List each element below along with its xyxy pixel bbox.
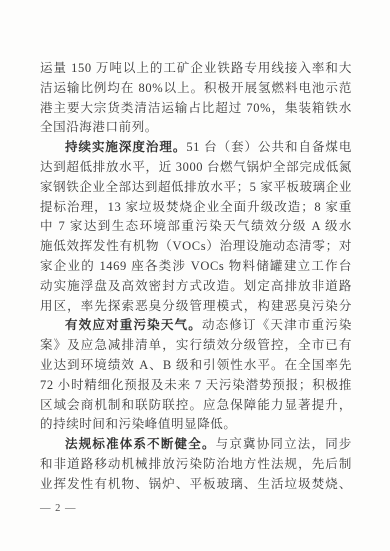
text-line: 用区，率先探索恶臭分级管理模式，构建恶臭污染分级评价体系。 [40, 297, 352, 317]
text-line: 施低效挥发性有机物（VOCs）治理设施动态清零；对全市 116 [40, 237, 352, 257]
text-line: 法规标准体系不断健全。与京冀协同立法，同步出台机动车 [40, 435, 352, 455]
text-line: 的持续时间和污染峰值明显降低。 [40, 415, 352, 435]
text-line: 有效应对重污染天气。动态修订《天津市重污染天气应急预 [40, 316, 352, 336]
lead-phrase: 持续实施深度治理。 [65, 140, 186, 154]
text-line: 持续实施深度治理。51 台（套）公共和自备煤电机组全部 [40, 138, 352, 158]
document-page: 运量 150 万吨以上的工矿企业铁路专用线接入率和大宗货物清 洁运输比例均在 8… [0, 0, 390, 551]
text-line: 区域会商机制和联防联控。应急保障能力显著提升，重污染天气 [40, 396, 352, 416]
text-paragraph: 法规标准体系不断健全。与京冀协同立法，同步出台机动车 和非道路移动机械排放污染防… [40, 435, 352, 494]
text-line: 业达到环境绩效 A、B 级和引领性水平。在全国率先实现未来 [40, 356, 352, 376]
document-body: 运量 150 万吨以上的工矿企业铁路专用线接入率和大宗货物清 洁运输比例均在 8… [40, 59, 352, 495]
text-line: 案》及应急减排清单，实行绩效分级管控，全市已有 300 余家企 [40, 336, 352, 356]
text-line: 动实施浮盘及高效密封方式改造。划定高排放非道路移动机械禁 [40, 277, 352, 297]
text-line: 家企业的 1469 座各类涉 VOCs 物料储罐建立工作台账，持续推 [40, 257, 352, 277]
text-line: 72 小时精细化预报及未来 7 天污染潜势预报；积极推动京津冀 [40, 376, 352, 396]
page-number: — 2 — [40, 503, 77, 514]
text-paragraph: 运量 150 万吨以上的工矿企业铁路专用线接入率和大宗货物清 洁运输比例均在 8… [40, 59, 352, 138]
text-line: 洁运输比例均在 80%以上。积极开展氢燃料电池示范应用，天津 [40, 79, 352, 99]
text-line: 家钢铁企业全部达到超低排放水平；5 家平板玻璃企业全部完成 [40, 178, 352, 198]
text-line: 全国沿海港口前列。 [40, 118, 352, 138]
text-line: 中 7 家达到生态环境部重污染天气绩效分级 A 级水平；持续实 [40, 217, 352, 237]
text-line: 业挥发性有机物、锅炉、平板玻璃、生活垃圾焚烧、钢铁、加油 [40, 475, 352, 495]
text-line: 和非道路移动机械排放污染防治地方性法规，先后制修订工业企 [40, 455, 352, 475]
lead-phrase: 有效应对重污染天气。 [65, 318, 202, 332]
text-paragraph: 持续实施深度治理。51 台（套）公共和自备煤电机组全部 达到超低排放水平，近 3… [40, 138, 352, 316]
text-line: 达到超低排放水平，近 3000 台燃气锅炉全部完成低氮改造；4 [40, 158, 352, 178]
lead-phrase: 法规标准体系不断健全。 [65, 437, 216, 451]
text-line: 提标治理，13 家垃圾焚烧企业全面升级改造；8 家重点石化企业 [40, 198, 352, 218]
text-paragraph: 有效应对重污染天气。动态修订《天津市重污染天气应急预 案》及应急减排清单，实行绩… [40, 316, 352, 435]
text-line: 港主要大宗货类清洁运输占比超过 70%，集装箱铁水联运规模居 [40, 99, 352, 119]
text-line: 运量 150 万吨以上的工矿企业铁路专用线接入率和大宗货物清 [40, 59, 352, 79]
